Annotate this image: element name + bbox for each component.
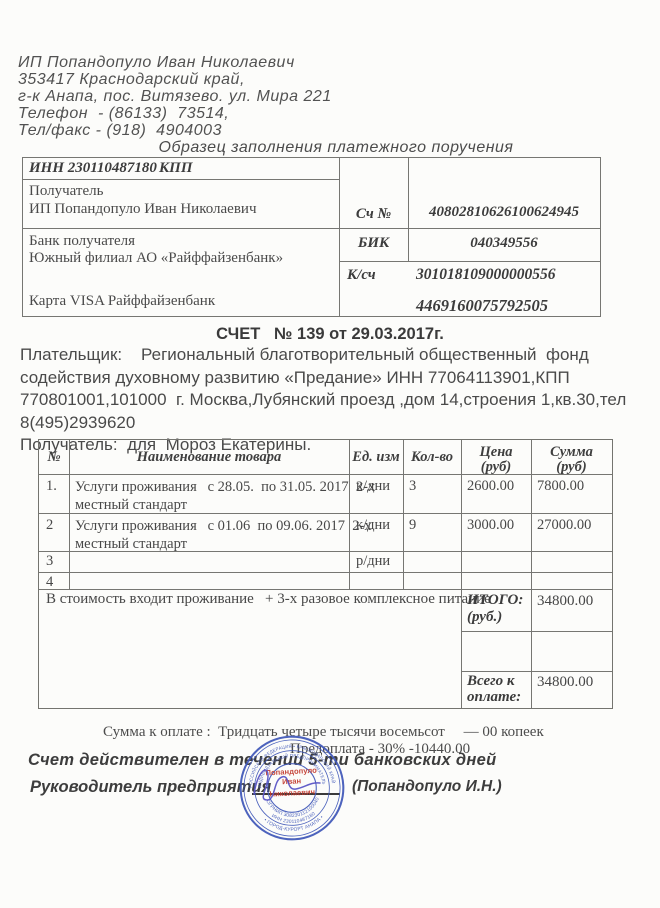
itogo-label: ИТОГО: (руб.) (467, 592, 523, 625)
row1-name-line1: Услуги проживания с 28.05. по 31.05. 201… (75, 478, 375, 496)
recipient-label: Получатель (29, 183, 103, 200)
bank-details-table: ИНН 230110487180КПП Получатель ИП Попанд… (22, 157, 601, 317)
row1-name-line2: местный стандарт (75, 496, 375, 514)
items-hline-itogo (461, 631, 612, 632)
total-label-line1: Всего к (467, 673, 521, 689)
account-label: Сч № (339, 206, 408, 223)
payer-line: 8(495)2939620 (20, 412, 626, 435)
row2-price: 3000.00 (467, 517, 514, 534)
row1-unit: к/дни (356, 478, 390, 495)
included-note: В стоимость входит проживание + 3-х разо… (46, 591, 491, 608)
col-header-qty: Кол-во (403, 449, 461, 466)
bank-name: Южный филиал АО «Райффайзенбанк» (29, 250, 283, 267)
col-header-sum: Сумма (руб) (531, 445, 612, 475)
row2-unit: к/дни (356, 517, 390, 534)
items-vline-price (531, 440, 532, 708)
total-label: Всего к оплате: (467, 673, 521, 705)
row1-qty: 3 (409, 478, 416, 495)
col-header-price-line2: (руб) (461, 460, 531, 475)
itogo-label-line2: (руб.) (467, 609, 523, 626)
bank-table-hline-bik (339, 261, 600, 262)
total-value: 34800.00 (537, 674, 593, 691)
payer-line: 770801001,101000 г. Москва,Лубянский про… (20, 389, 626, 412)
items-vline-qty (461, 440, 462, 708)
card-number: 4469160075792505 (416, 296, 548, 316)
itogo-label-line1: ИТОГО: (467, 592, 523, 609)
row2-sum: 27000.00 (537, 517, 591, 534)
sender-phone-line: Телефон - (86133) 73514, (18, 105, 332, 122)
row2-name-line1: Услуги проживания с 01.06 по 09.06. 2017… (75, 517, 372, 535)
payer-line: содействия духовному развитию «Предание»… (20, 367, 626, 390)
sender-name-line: ИП Попандопуло Иван Николаевич (18, 54, 332, 71)
payer-line: Плательщик: Региональный благотворительн… (20, 344, 626, 367)
row2-name: Услуги проживания с 01.06 по 09.06. 2017… (75, 517, 372, 553)
col-header-name: Наименование товара (69, 449, 349, 466)
row1-num: 1. (46, 478, 57, 495)
col-header-unit: Ед. изм (349, 449, 403, 466)
signature-stroke (254, 770, 320, 800)
col-header-price: Цена (руб) (461, 445, 531, 475)
bik-label: БИК (339, 235, 408, 252)
bank-label: Банк получателя (29, 233, 135, 250)
items-table: № Наименование товара Ед. изм Кол-во Цен… (38, 439, 613, 709)
document-subtitle: Образец заполнения платежного поручения (12, 139, 660, 157)
invoice-title: СЧЕТ № 139 от 29.03.2017г. (0, 325, 660, 344)
row3-num: 3 (46, 553, 53, 570)
row2-name-line2: местный стандарт (75, 535, 372, 553)
items-hline-total (461, 671, 612, 672)
corr-account-number: 301018109000000556 (416, 266, 556, 284)
account-number: 40802810626100624945 (408, 204, 600, 221)
bik-number: 040349556 (408, 235, 600, 252)
recipient-name: ИП Попандопуло Иван Николаевич (29, 201, 257, 218)
row2-qty: 9 (409, 517, 416, 534)
col-header-num: № (39, 449, 69, 466)
scanned-invoice-page: ИП Попандопуло Иван Николаевич 353417 Кр… (0, 0, 660, 908)
sender-fax-line: Тел/факс - (918) 4904003 (18, 122, 332, 139)
items-hline-row3 (39, 572, 612, 573)
items-hline-row4 (39, 589, 612, 590)
signatory-name: (Попандопуло И.Н.) (352, 778, 502, 796)
row1-price: 2600.00 (467, 478, 514, 495)
row3-unit: р/дни (356, 553, 390, 570)
bank-table-hline-inn (23, 179, 339, 180)
col-header-sum-line1: Сумма (531, 445, 612, 460)
bank-table-hline-recipient (23, 228, 600, 229)
card-label: Карта VISA Райффайзенбанк (29, 293, 215, 310)
itogo-value: 34800.00 (537, 593, 593, 610)
corr-account-label: К/сч (347, 267, 376, 284)
inn-value: ИНН 230110487180 (29, 160, 159, 177)
sender-info-block: ИП Попандопуло Иван Николаевич 353417 Кр… (18, 54, 332, 139)
row4-num: 4 (46, 574, 53, 591)
sender-address-line: г-к Анапа, пос. Витязево. ул. Мира 221 (18, 88, 332, 105)
row1-sum: 7800.00 (537, 478, 584, 495)
inn-kpp-cell: ИНН 230110487180КПП (29, 160, 193, 177)
total-label-line2: оплате: (467, 689, 521, 705)
sender-postcode-line: 353417 Краснодарский край, (18, 71, 332, 88)
signature (246, 758, 346, 806)
kpp-label: КПП (159, 160, 193, 176)
col-header-sum-line2: (руб) (531, 460, 612, 475)
row2-num: 2 (46, 517, 53, 534)
col-header-price-line1: Цена (461, 445, 531, 460)
row1-name: Услуги проживания с 28.05. по 31.05. 201… (75, 478, 375, 514)
